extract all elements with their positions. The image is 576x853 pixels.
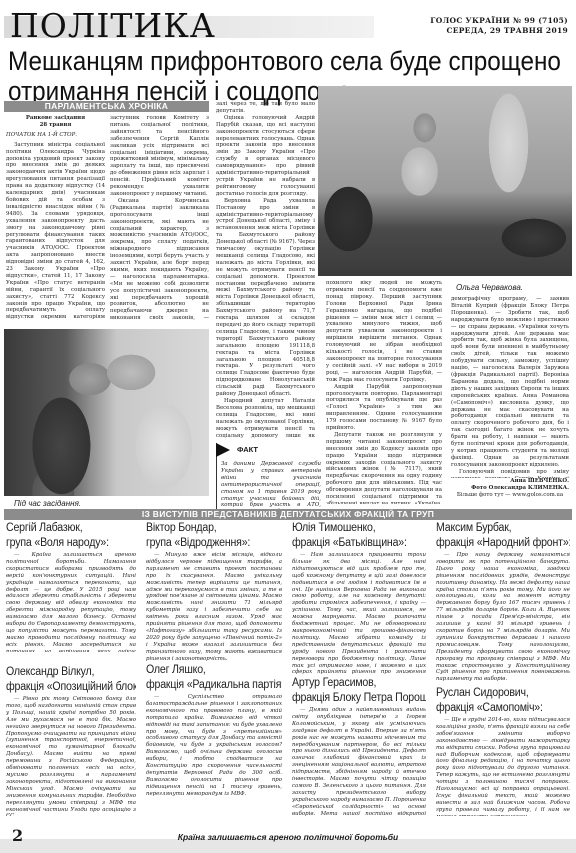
footer-quote: Країна залишається ареною політичної бор… [0, 832, 576, 842]
continued-note: ПОЧАТОК НА 1-Й СТОР. [6, 132, 105, 139]
fact-title: ФАКТ [237, 445, 258, 454]
issue-number: ГОЛОС УКРАЇНИ № 99 (7105) [430, 16, 568, 26]
article-paragraph: Андрій Парубій запропонував проголосуват… [326, 384, 442, 432]
rubric-title: ПОЛІТИКА [10, 8, 216, 44]
article-column-2: заступник голови Комітету з питань соціа… [110, 115, 209, 321]
speaker-text: — Рівно рік тому Світового банку для тог… [6, 696, 136, 816]
speaker-group: фракція «Народний фронт»: [436, 537, 559, 550]
article-paragraph: Головуючий повідомив про зміну народного… [451, 469, 569, 478]
article-paragraph: Народний депутат Наталія Веселова розпов… [216, 398, 315, 438]
article-column-4: похилого віку людей не можуть отримати п… [326, 280, 442, 504]
article-paragraph: заступник голови Комітету з питань соціа… [110, 115, 209, 198]
speaker-group: група «Воля народу»: [6, 537, 126, 550]
speaker-tymoshenko: Юлія Тимошенко, фракція «Батьківщина»: —… [292, 522, 426, 674]
article-paragraph: залі через те, що там було мало депутаті… [216, 101, 315, 115]
speaker-name: Олександр Вілкул, [6, 666, 126, 679]
speaker-bondar: Віктор Бондар, група «Відродження»: — Ми… [146, 522, 282, 662]
speaker-group: фракція «Радикальна партія»: [146, 679, 271, 692]
speaker-group: група «Відродження»: [146, 537, 271, 550]
speaker-text: — Днями один з найвпливовіших видань сві… [292, 707, 426, 816]
article-paragraph: Оксана Корчинська (Радикальна партія) за… [110, 198, 209, 321]
byline-more-photos-link[interactable]: Більше фото тут — www.golos.com.ua [451, 492, 569, 499]
article-column-5: демографічну програму, — заявив Віталій … [451, 296, 569, 478]
article-paragraph: Заступник міністра соціальної політики О… [6, 142, 105, 321]
speaker-group: фракція «Самопоміч»: [436, 702, 559, 715]
speaker-vilkul: Олександр Вілкул, фракція «Опозиційний б… [6, 666, 136, 816]
session-label: Ранкове засідання [6, 115, 105, 122]
newspaper-page: ПОЛІТИКА ГОЛОС УКРАЇНИ № 99 (7105) СЕРЕД… [0, 0, 576, 853]
speaker-liashko: Олег Ляшко, фракція «Радикальна партія»:… [146, 664, 282, 816]
photo-caption-bottom: Під час засідання. [14, 499, 81, 508]
article-paragraph: Оцінка головуючий Андрій Парубій сказав,… [216, 115, 315, 198]
headline-line-1: Мешканцям прифронтового села буде спроще… [8, 46, 566, 76]
photo-caption-top: Ольга Червакова. [456, 283, 523, 292]
issue-date: СЕРЕДА, 29 ТРАВНЯ 2019 [430, 26, 568, 36]
article-paragraph: Верховна Рада ухвалила Постанову про змі… [216, 198, 315, 398]
article-paragraph: демографічну програму, — заявив Віталій … [451, 296, 569, 469]
speaker-text: — Нам залишилося працювати трохи більше … [292, 552, 426, 674]
fact-text: За даними Державної служби України у спр… [221, 461, 321, 516]
speaker-group: фракція «Опозиційний блок»: [6, 681, 126, 694]
article-paragraph: Депутати також не розглянули у першому ч… [326, 432, 442, 504]
speaker-name: Сергій Лабазюк, [6, 522, 126, 535]
article-paragraph: похилого віку людей не можуть отримати п… [326, 280, 442, 384]
section-bar-factions: ІЗ ВИСТУПІВ ПРЕДСТАВНИКІВ ДЕПУТАТСЬКИХ Ф… [4, 509, 572, 520]
fact-box: ФАКТ За даними Державної служби України … [216, 443, 321, 513]
speaker-burbak: Максим Бурбак, фракція «Народний фронт»:… [436, 522, 570, 682]
speaker-name: Максим Бурбак, [436, 522, 559, 535]
arrow-icon [216, 443, 230, 457]
speaker-herasymov: Артур Герасимов, фракція Блоку Петра Пор… [292, 677, 426, 816]
speaker-text: — Минуло вже вісім місяців, відколи відб… [146, 552, 282, 662]
photo-olga-chervakova [318, 86, 572, 276]
byline-photo: Фото Олександра КЛИМЕНКА. [451, 485, 569, 492]
article-column-3: залі через те, що там було мало депутаті… [216, 101, 315, 438]
speaker-name: Олег Ляшко, [146, 664, 271, 677]
session-date: 28 травня [6, 122, 105, 129]
speaker-text: — Країна залишається ареною політичної б… [6, 552, 136, 652]
byline-author: Анна ШЕВЧЕНКО. [451, 478, 569, 485]
photo-session [4, 329, 209, 496]
section-bar-parliament: ПАРЛАМЕНТСЬКА ХРОНІКА [4, 101, 209, 112]
speaker-name: Артур Герасимов, [292, 677, 415, 690]
speaker-labaziuk: Сергій Лабазюк, група «Воля народу»: — К… [6, 522, 136, 652]
speaker-name: Юлія Тимошенко, [292, 522, 415, 535]
speaker-text: — Суспільство отримало багатостраждальне… [146, 694, 282, 798]
issue-info: ГОЛОС УКРАЇНИ № 99 (7105) СЕРЕДА, 29 ТРА… [430, 16, 568, 36]
speaker-sydorovych: Руслан Сидорович, фракція «Самопоміч»: —… [436, 687, 570, 816]
speaker-name: Віктор Бондар, [146, 522, 271, 535]
speaker-text: — Про нашу державу намагаються говорити … [436, 552, 570, 682]
article-column-1: Ранкове засідання 28 травня ПОЧАТОК НА 1… [6, 115, 105, 321]
speaker-name: Руслан Сидорович, [436, 687, 559, 700]
speaker-text: — Ще в грудні 2014-го, коли підписувалас… [436, 717, 570, 816]
byline: Анна ШЕВЧЕНКО. Фото Олександра КЛИМЕНКА.… [451, 478, 569, 508]
masthead: ПОЛІТИКА ГОЛОС УКРАЇНИ № 99 (7105) СЕРЕД… [4, 8, 572, 42]
speaker-group: фракція Блоку Петра Порошенка: [292, 692, 415, 705]
speaker-group: фракція «Батьківщина»: [292, 537, 415, 550]
